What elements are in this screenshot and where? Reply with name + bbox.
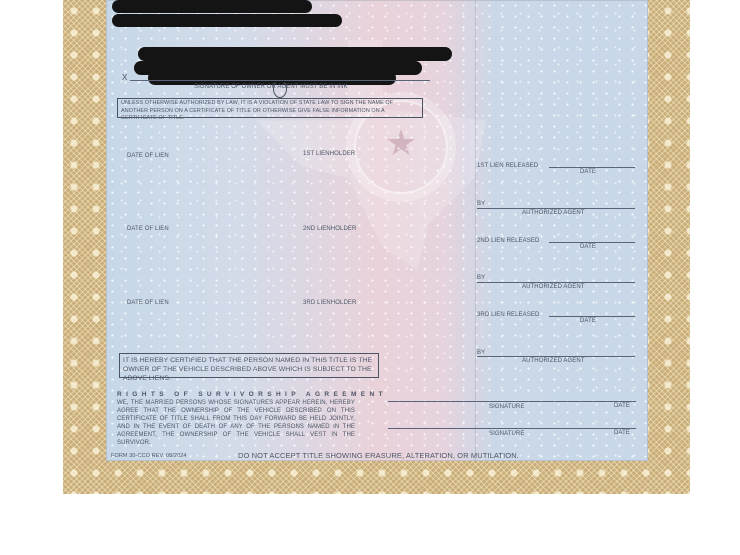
survivorship-title: RIGHTS OF SURVIVORSHIP AGREEMENT — [117, 391, 387, 398]
lien-3-release-date-line[interactable] — [549, 316, 635, 317]
lien-1-date-caption: DATE — [580, 169, 596, 175]
survivorship-body: WE, THE MARRIED PERSONS WHOSE SIGNATURES… — [117, 399, 355, 447]
survivor-signature-line-1[interactable] — [388, 401, 636, 402]
signature-2-caption: SIGNATURE — [489, 431, 524, 437]
lien-2-agent-line[interactable] — [477, 282, 635, 283]
lien-1-agent-line[interactable] — [477, 208, 635, 209]
title-document: ★ X SIGNATURE OF OWNER OR AGENT MUST BE … — [106, 0, 648, 461]
signature-2-date-caption: DATE — [614, 430, 630, 436]
lien-3-released-label: 3RD LIEN RELEASED — [477, 312, 539, 318]
date-of-lien-3-label: DATE OF LIEN — [127, 300, 169, 306]
owner-signature-caption: SIGNATURE OF OWNER OR AGENT MUST BE IN I… — [194, 84, 348, 90]
date-of-lien-2-label: DATE OF LIEN — [127, 226, 169, 232]
lienholder-2-label: 2ND LIENHOLDER — [303, 226, 356, 232]
lien-2-by-label: BY — [477, 275, 485, 281]
lien-2-release-date-line[interactable] — [549, 242, 635, 243]
form-number: FORM 30-CCO REV. 08/2024 — [111, 453, 187, 459]
alteration-notice: DO NOT ACCEPT TITLE SHOWING ERASURE, ALT… — [238, 451, 519, 460]
redaction-bar — [112, 14, 342, 27]
signature-x-marker: X — [122, 73, 127, 82]
lien-1-release-date-line[interactable] — [549, 167, 635, 168]
lien-3-agent-line[interactable] — [477, 356, 635, 357]
lien-1-by-label: BY — [477, 201, 485, 207]
column-divider — [475, 0, 476, 461]
lien-1-released-label: 1ST LIEN RELEASED — [477, 163, 538, 169]
lien-2-date-caption: DATE — [580, 244, 596, 250]
redaction-bar — [148, 71, 396, 85]
certification-statement: IT IS HEREBY CERTIFIED THAT THE PERSON N… — [123, 356, 378, 383]
lienholder-3-label: 3RD LIENHOLDER — [303, 300, 356, 306]
lien-1-agent-caption: AUTHORIZED AGENT — [522, 210, 585, 216]
star-icon: ★ — [356, 122, 446, 164]
lien-3-agent-caption: AUTHORIZED AGENT — [522, 358, 585, 364]
date-of-lien-1-label: DATE OF LIEN — [127, 153, 169, 159]
survivor-signature-line-2[interactable] — [388, 428, 636, 429]
signature-1-date-caption: DATE — [614, 403, 630, 409]
signature-1-caption: SIGNATURE — [489, 404, 524, 410]
redaction-bar — [138, 47, 452, 61]
lien-2-agent-caption: AUTHORIZED AGENT — [522, 284, 585, 290]
lien-2-released-label: 2ND LIEN RELEASED — [477, 238, 539, 244]
false-info-warning: UNLESS OTHERWISE AUTHORIZED BY LAW, IT I… — [121, 100, 421, 123]
lien-3-date-caption: DATE — [580, 318, 596, 324]
lienholder-1-label: 1ST LIENHOLDER — [303, 151, 355, 157]
redaction-bar — [112, 0, 312, 13]
